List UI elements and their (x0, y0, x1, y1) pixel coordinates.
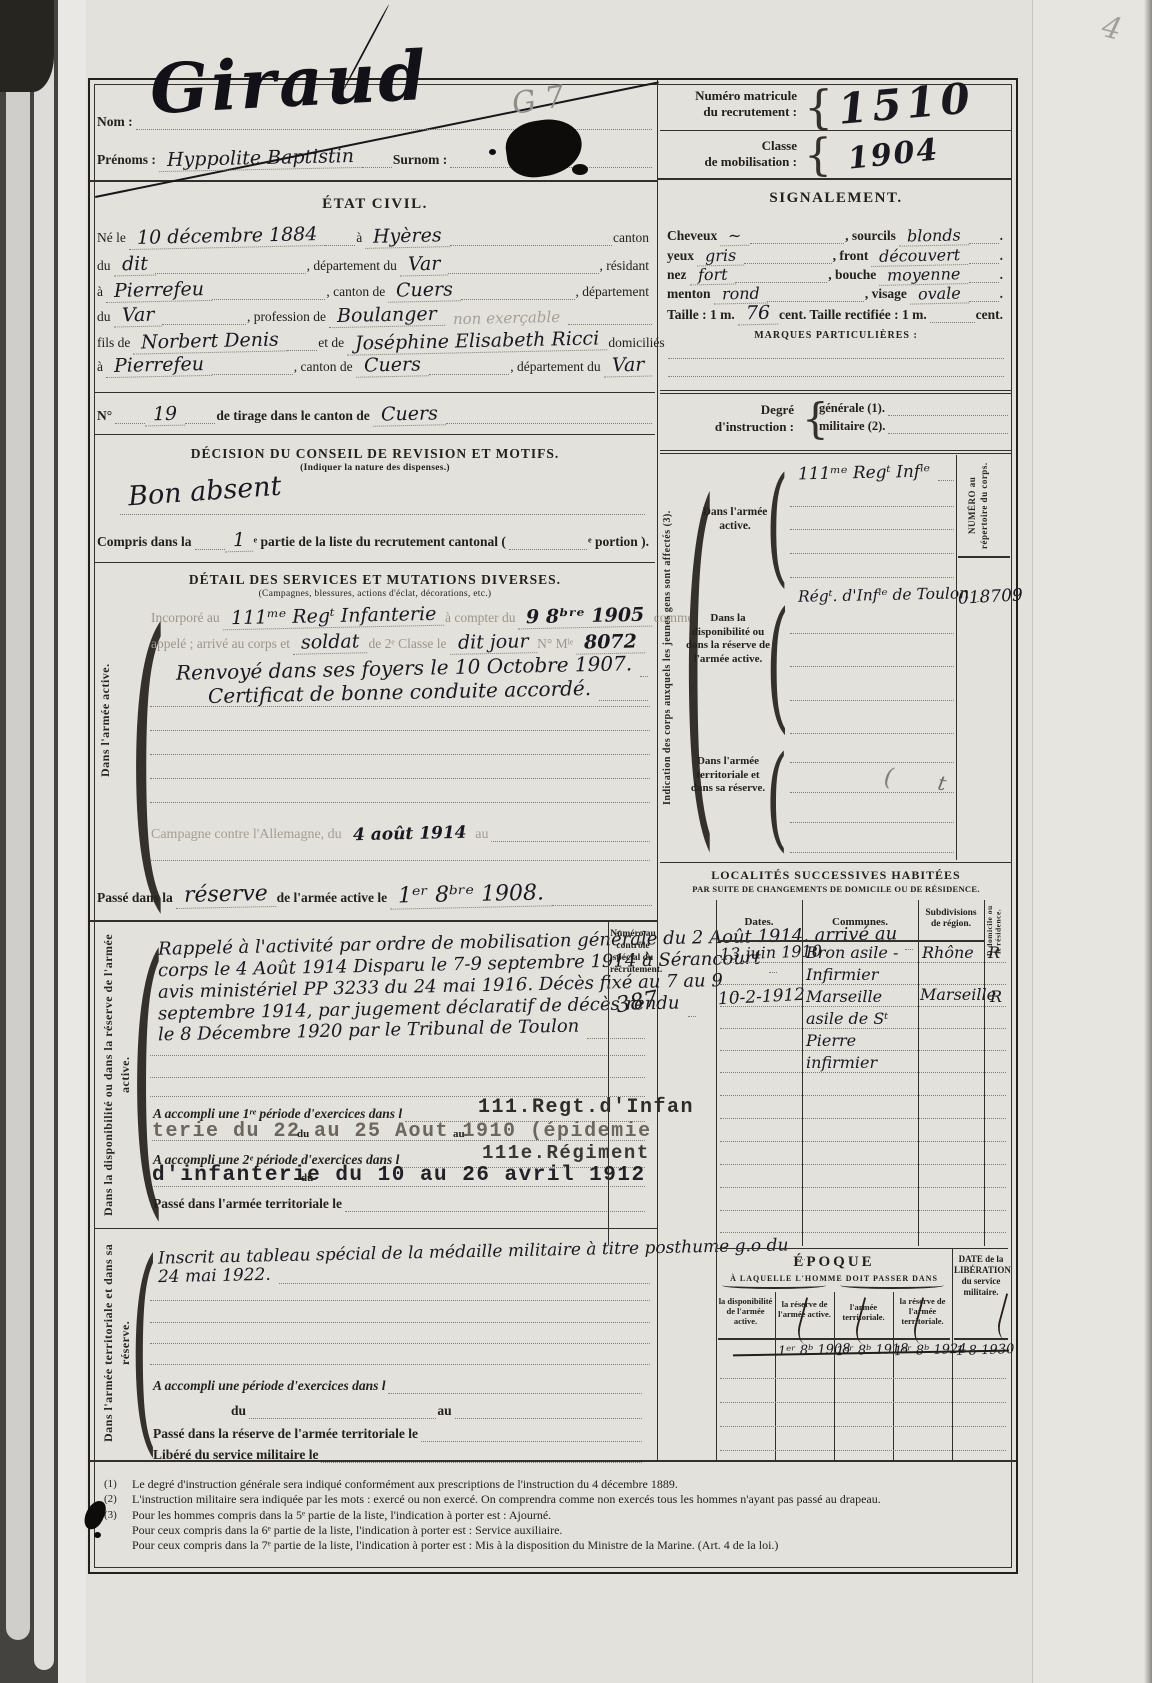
dotted-rule (790, 529, 954, 530)
dotted-rule (152, 1186, 645, 1187)
dotted-rule (720, 1210, 1006, 1211)
corps-dispo-value-row: Régᵗ. d'Infⁱᵉ de Toulon (790, 582, 954, 604)
table-line (775, 1292, 776, 1460)
services-line-3: Renvoyé dans ses foyers le 10 Octobre 19… (168, 652, 648, 679)
campagne-row: Campagne contre l'Allemagne, du 4 août 1… (150, 818, 650, 844)
periode2-stamp-line1: 111e.Régiment (482, 1142, 650, 1164)
blank (155, 273, 305, 274)
dotted-rule (150, 1364, 650, 1365)
label: , département du (509, 360, 603, 377)
swash-rule (722, 1282, 826, 1289)
birth-date: 10 décembre 1884 (129, 225, 326, 250)
dotted-rule (790, 700, 954, 701)
table-line (893, 1292, 894, 1460)
rule (95, 392, 655, 393)
loc-row2-commune: Marseille asile de Sᵗ Pierre infirmier (806, 986, 914, 1074)
dotted-rule (150, 1300, 650, 1301)
rule (657, 178, 1012, 180)
dotted-rule (152, 1140, 645, 1141)
birth-place: Hyères (365, 226, 450, 249)
dotted-rule (790, 762, 954, 763)
signalement-title: SIGNALEMENT. (662, 190, 1010, 207)
label: militaire (2). (818, 420, 888, 436)
nom-label: Nom : (96, 115, 136, 132)
etat-row-2: du dit , département du Var , résidant (96, 250, 652, 276)
canton-value: dit (113, 255, 155, 277)
tirage-row: N° 19 de tirage dans le canton de Cuers (96, 398, 652, 426)
brace: { (804, 134, 832, 178)
label-faint: à compter du (444, 611, 518, 628)
label: du (96, 259, 114, 276)
torn-page-strip (58, 0, 86, 1683)
label: à (355, 231, 365, 248)
marques-title: MARQUES PARTICULIÈRES : (664, 330, 1008, 341)
footnote-marker: (3) (104, 1509, 124, 1523)
label: du (96, 310, 114, 327)
corps-dispo-value: Régᵗ. d'Infⁱᵉ de Toulon (790, 586, 978, 606)
controle-header: Numéro au contrôle spécial du recrutemen… (610, 928, 656, 976)
label: , département du (306, 259, 400, 276)
label: de tirage dans le canton de (215, 409, 372, 426)
footnote-marker (104, 1524, 124, 1538)
departement-value: Var (400, 254, 449, 276)
du-label: du (300, 1172, 316, 1186)
brace: ( (766, 594, 789, 736)
corps-territoriale-label: Dans l'armée territoriale et dans sa rés… (688, 755, 768, 796)
table-line (716, 900, 717, 1246)
label: A accompli une période d'exercices dans … (152, 1379, 388, 1396)
departement-value: Var (603, 355, 652, 377)
blank (362, 167, 392, 168)
blank (455, 1418, 642, 1419)
label: cent. Taille rectifiée : 1 m. (778, 308, 930, 325)
dotted-rule (790, 633, 954, 634)
passe-reserve-row: Passé dans la réserve de l'armée active … (96, 878, 652, 908)
dotted-rule (790, 506, 954, 507)
campaign-date: 4 août 1914 (345, 825, 475, 846)
footnote-marker (104, 1539, 124, 1553)
footnote-text: Le degré d'instruction générale sera ind… (132, 1478, 678, 1492)
blank (212, 374, 293, 375)
dotted-rule (790, 577, 954, 578)
label: à (96, 285, 106, 302)
dotted-rule (720, 1187, 1006, 1188)
blank (429, 374, 510, 375)
label: Taille : 1 m. (666, 308, 738, 325)
liste-partie: 1 (224, 531, 253, 553)
passe-reserve-territoriale-row: Passé dans la réserve de l'armée territo… (152, 1420, 642, 1444)
dotted-rule (150, 1322, 650, 1323)
classe-label-2: de mobilisation : (665, 154, 797, 170)
loc-row1-commune: Bron asile - Infirmier (806, 942, 914, 986)
dotted-rule (150, 1077, 645, 1078)
blank (599, 700, 648, 701)
section-rule (95, 1228, 657, 1229)
binding-shadow (0, 0, 54, 92)
loc-row2-dr: R (990, 988, 1002, 1006)
loc-row2-subdivision: Marseille (920, 986, 996, 1004)
ink-speck (94, 1532, 101, 1538)
blank (450, 245, 612, 246)
col-header-communes: Communes. (804, 916, 916, 928)
label: Compris dans la (96, 535, 195, 552)
blank (888, 433, 1008, 434)
blank (509, 549, 587, 550)
torn-page-strip (34, 10, 54, 1670)
du-au-row: du au (230, 1397, 642, 1421)
blank (461, 299, 574, 300)
blank (212, 299, 325, 300)
dotted-rule (150, 860, 650, 861)
epoque-col1-header: la disponibilité de l'armée active. (718, 1296, 773, 1326)
label: , résidant (599, 259, 653, 276)
matricule-label-1: Numéro matricule (665, 88, 797, 104)
blank (587, 1038, 645, 1039)
corps-vertical-label: Indication des corps auxquels les jeunes… (662, 462, 678, 854)
etat-row-6: à Pierrefeu , canton de Cuers , départem… (96, 351, 652, 377)
dotted-rule (790, 822, 954, 823)
dotted-rule (668, 358, 1004, 359)
label: du (230, 1404, 249, 1421)
sig-taille-row: Taille : 1 m.76 cent. Taille rectifiée :… (666, 301, 1006, 325)
services-subtitle: (Campagnes, blessures, actions d'éclat, … (95, 589, 655, 599)
dotted-rule (120, 514, 645, 515)
corps-active-value: 111ᵐᵉ Regᵗ Infⁱᵉ (790, 463, 939, 484)
corps-dispo-label: Dans la disponibilité ou dans la réserve… (686, 612, 770, 666)
controle-column-line (608, 920, 609, 1245)
dotted-rule (150, 754, 650, 755)
blank (185, 423, 215, 424)
profession-value: Boulanger (329, 305, 445, 328)
dotted-rule (720, 1378, 1006, 1379)
certificat-note: Certificat de bonne conduite accordé. (200, 678, 600, 707)
canton-value: Cuers (355, 355, 428, 378)
dotted-rule (720, 1118, 1006, 1119)
footnote-text: Pour ceux compris dans la 7ᵉ partie de l… (132, 1539, 778, 1553)
blank (279, 1283, 650, 1284)
incorporation-date: 9 8ᵇʳᵉ 1905 (518, 606, 653, 630)
label: , canton de (325, 285, 388, 302)
label: Passé dans la réserve de l'armée territo… (152, 1427, 421, 1444)
label: , canton de (293, 360, 356, 377)
footnote-text: Pour les hommes compris dans la 5ᵉ parti… (132, 1509, 551, 1523)
footnote-text: Pour ceux compris dans la 6ᵉ partie de l… (132, 1524, 562, 1538)
label: , département (575, 285, 652, 302)
periode1-stamp-line1: 111.Regt.d'Infan (478, 1096, 694, 1119)
dotted-rule (790, 733, 954, 734)
dotted-rule (150, 706, 650, 707)
ink-blot-drip (572, 164, 588, 175)
rule (660, 130, 1012, 131)
footnote-2: (2) L'instruction militaire sera indiqué… (104, 1493, 1010, 1507)
label: générale (1). (818, 402, 888, 418)
etat-row-4: du Var , profession de Boulanger non exe… (96, 301, 652, 327)
blank (938, 480, 954, 481)
classe-label-1: Classe (665, 138, 797, 154)
blank (249, 1418, 436, 1419)
rule (716, 1248, 1008, 1249)
localites-title: LOCALITÉS SUCCESSIVES HABITÉES (662, 868, 1010, 883)
etat-civil-title: ÉTAT CIVIL. (95, 196, 655, 213)
footnote-4: Pour ceux compris dans la 6ᵉ partie de l… (104, 1524, 1010, 1538)
etat-row-3: à Pierrefeu , canton de Cuers , départem… (96, 276, 652, 302)
canton-value: Cuers (388, 280, 461, 303)
col-header-subdivisions: Subdivisions de région. (920, 908, 982, 930)
label: canton (612, 231, 652, 248)
blank (321, 1462, 642, 1463)
table-line (834, 1292, 835, 1460)
footnote-text: L'instruction militaire sera indiquée pa… (132, 1493, 881, 1507)
blank (115, 423, 145, 424)
rule (660, 390, 1012, 391)
blank (388, 1393, 642, 1394)
header-rule (954, 1338, 1008, 1340)
label: Libéré du service militaire le (152, 1448, 321, 1465)
surnom-label: Surnom : (392, 153, 450, 170)
scanned-military-register-page: 4 Giraud G 7 Nom : Prénoms : Hyppolite B… (0, 0, 1152, 1683)
campaign-stamp-faint: au (474, 827, 491, 844)
decision-subtitle: (Indiquer la nature des dispenses.) (95, 463, 655, 473)
blank (325, 245, 355, 246)
matricule-label-2: du recrutement : (665, 104, 797, 120)
mobilisation-line-5: le 8 Décembre 1920 par le Tribunal de To… (150, 1015, 645, 1041)
dotted-rule (150, 802, 650, 803)
compris-row: Compris dans la 1 ᵉ partie de la liste d… (96, 526, 652, 552)
torn-page-strip (6, 40, 30, 1640)
services-line-4: Certificat de bonne conduite accordé. (200, 676, 648, 703)
blank (930, 322, 975, 323)
dotted-rule (720, 1141, 1006, 1142)
label: de l'armée active le (276, 891, 391, 908)
sig-row-1: Cheveux~ , sourcilsblonds . (666, 224, 1006, 246)
periode-territoriale-row: A accompli une période d'exercices dans … (152, 1372, 642, 1396)
services-line-2: appelé ; arrivé au corps et soldat de 2ᵉ… (150, 627, 652, 654)
blank (162, 324, 246, 325)
label: ᵉ partie de la liste du recrutement cant… (253, 535, 509, 552)
blank (345, 1211, 645, 1212)
reserve-date: 1ᵉʳ 8ᵇʳᵉ 1908. (390, 882, 553, 909)
section-rule (90, 920, 657, 922)
label: , profession de (246, 310, 329, 327)
dotted-rule (790, 792, 954, 793)
blank (552, 905, 652, 906)
dotted-rule (150, 778, 650, 779)
degre-label-1: Degré (690, 402, 794, 418)
medaille-line-2: 24 mai 1922. (150, 1260, 650, 1286)
handwriting: 24 mai 1922. (150, 1267, 279, 1288)
matricule-label: Numéro matricule du recrutement : (665, 88, 797, 120)
services-line-1: Incorporé au 111ᵐᵉ Regᵗ Infanterie à com… (150, 600, 652, 628)
blank (491, 841, 650, 842)
right-edge-shadow (1144, 0, 1152, 1683)
epoque-date-header: DATE de la LIBÉRATION du service militai… (954, 1254, 1008, 1298)
etat-row-1: Né le 10 décembre 1884 à Hyères canton (96, 222, 652, 248)
dotted-rule (720, 1426, 1006, 1427)
degre-generale-row: générale (1). (818, 400, 1008, 418)
margin-label-territoriale: Dans l'armée territoriale et dans sa rés… (100, 1240, 138, 1445)
tirage-canton: Cuers (373, 404, 446, 427)
classe-label: Classe de mobilisation : (665, 138, 797, 170)
reserve-value: réserve (176, 883, 276, 909)
dotted-rule (668, 376, 1004, 377)
dotted-rule (150, 1055, 645, 1056)
footnote-marker: (2) (104, 1493, 124, 1507)
numero-column-line (956, 455, 957, 860)
ink-speck (489, 149, 496, 155)
blank (888, 415, 1008, 416)
etat-row-5: fils de Norbert Denis et de Joséphine El… (96, 327, 652, 353)
blank (568, 324, 652, 325)
dotted-rule (150, 1343, 650, 1344)
prenoms-label: Prénoms : (96, 153, 159, 170)
dotted-rule (150, 730, 650, 731)
corps-active-value-row: 111ᵐᵉ Regᵗ Infⁱᵉ (790, 460, 954, 483)
medaille-line-1: Inscrit au tableau spécial de la médaill… (150, 1236, 650, 1262)
departement-value: Var (113, 305, 162, 327)
periode2-stamp-line2: d'infanterie du 10 au 26 avril 1912 (152, 1164, 646, 1187)
footnote-3: (3) Pour les hommes compris dans la 5ᵉ p… (104, 1509, 1010, 1523)
pencil-annotation: non exerçable (445, 310, 568, 329)
degre-militaire-row: militaire (2). (818, 418, 1008, 436)
blank (421, 1441, 642, 1442)
margin-label-disponibilite: Dans la disponibilité ou dans la réserve… (100, 930, 138, 1220)
corps-active-label: Dans l'armée active. (700, 505, 770, 533)
swash-rule (840, 1282, 944, 1289)
label: N° (96, 409, 115, 426)
decision-title: DÉCISION DU CONSEIL DE REVISION ET MOTIF… (95, 446, 655, 462)
label-faint: Incorporé au (150, 611, 223, 628)
footnote-1: (1) Le degré d'instruction générale sera… (104, 1478, 1010, 1492)
footnote-marker: (1) (104, 1478, 124, 1492)
dotted-rule (720, 1164, 1006, 1165)
label: au (436, 1404, 454, 1421)
localites-subtitle: PAR SUITE DE CHANGEMENTS DE DOMICILE OU … (662, 884, 1010, 894)
label: à (96, 360, 106, 377)
loc-row1-dr: R (988, 944, 1000, 962)
dotted-rule (790, 852, 954, 853)
blank (688, 1016, 696, 1017)
label: Passé dans l'armée territoriale le (152, 1197, 345, 1214)
blank (448, 273, 598, 274)
label: Né le (96, 231, 129, 248)
table-line (918, 900, 919, 1246)
dotted-rule (720, 1450, 1006, 1451)
blank (446, 423, 652, 424)
dotted-rule (790, 553, 954, 554)
campaign-stamp-faint: Campagne contre l'Allemagne, du (150, 827, 345, 844)
prenoms-value: Hyppolite Baptistin (159, 147, 362, 172)
blank (195, 549, 225, 550)
dotted-rule (720, 1402, 1006, 1403)
epoque-title: ÉPOQUE (716, 1254, 952, 1271)
numero-vertical-label: NUMÉRO au répertoire du corps. (966, 458, 996, 553)
libere-row: Libéré du service militaire le (152, 1443, 642, 1465)
label: cent. (975, 308, 1006, 325)
passe-territoriale-row: Passé dans l'armée territoriale le (152, 1190, 645, 1214)
services-title: DÉTAIL DES SERVICES ET MUTATIONS DIVERSE… (95, 572, 655, 588)
rule (95, 562, 655, 563)
rule (958, 556, 1010, 558)
right-page-strip (1032, 0, 1152, 1683)
blank (769, 972, 777, 973)
rule (660, 393, 1012, 394)
taille-value: 76 (738, 304, 779, 326)
residence-value: Pierrefeu (106, 280, 212, 303)
dotted-rule (720, 1095, 1006, 1096)
repertoire-number: 018709 (958, 586, 1024, 609)
margin-label-armee-active: Dans l'armée active. (98, 620, 116, 820)
dotted-rule (790, 666, 954, 667)
col-header-dates: Dates. (718, 916, 800, 928)
dotted-rule (720, 1232, 1006, 1233)
rule (95, 434, 655, 435)
rule (660, 862, 1012, 863)
brace: ( (766, 742, 788, 854)
loc-row1-subdivision: Rhône (922, 944, 974, 962)
brace: { (804, 84, 833, 130)
tirage-number: 19 (145, 405, 186, 427)
brace: ( (766, 462, 788, 590)
footnote-5: Pour ceux compris dans la 7ᵉ partie de l… (104, 1539, 1010, 1553)
label: ᵉ portion ). (587, 535, 652, 552)
parents-residence: Pierrefeu (106, 355, 212, 378)
